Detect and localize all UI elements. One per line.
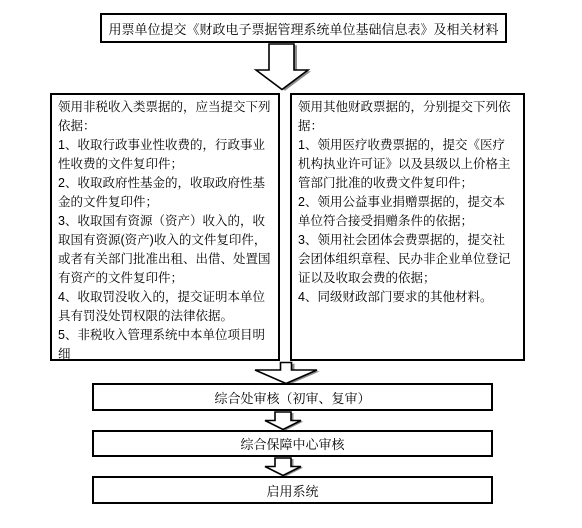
review-box: 综合处审核（初审、复审） — [92, 383, 493, 411]
down-arrow-icon — [265, 412, 304, 431]
nontax-requirements-text: 领用非税收入类票据的，应当提交下列 依据： 1、收取行政事业性收费的，行政事业 … — [58, 100, 271, 361]
flowchart: 用票单位提交《财政电子票据管理系统单位基础信息表》及相关材料 领用非税收入类票据… — [0, 0, 582, 528]
down-arrow-icon — [256, 44, 311, 91]
support-center-review-box: 综合保障中心审核 — [92, 430, 493, 457]
down-arrow-icon — [255, 363, 320, 385]
activate-system-box: 启用系统 — [92, 476, 493, 504]
down-arrow-icon — [265, 458, 304, 477]
review-text: 综合处审核（初审、复审） — [214, 388, 370, 407]
activate-system-text: 启用系统 — [266, 481, 318, 500]
submit-info-text: 用票单位提交《财政电子票据管理系统单位基础信息表》及相关材料 — [108, 19, 498, 38]
support-center-review-text: 综合保障中心审核 — [240, 434, 344, 453]
submit-info-box: 用票单位提交《财政电子票据管理系统单位基础信息表》及相关材料 — [100, 13, 507, 43]
other-requirements-text: 领用其他财政票据的，分别提交下列依 据： 1、领用医疗收费票据的，提交《医疗 机… — [298, 100, 511, 304]
nontax-requirements-box: 领用非税收入类票据的，应当提交下列 依据： 1、收取行政事业性收费的，行政事业 … — [50, 93, 280, 361]
other-requirements-box: 领用其他财政票据的，分别提交下列依 据： 1、领用医疗收费票据的，提交《医疗 机… — [290, 93, 525, 361]
